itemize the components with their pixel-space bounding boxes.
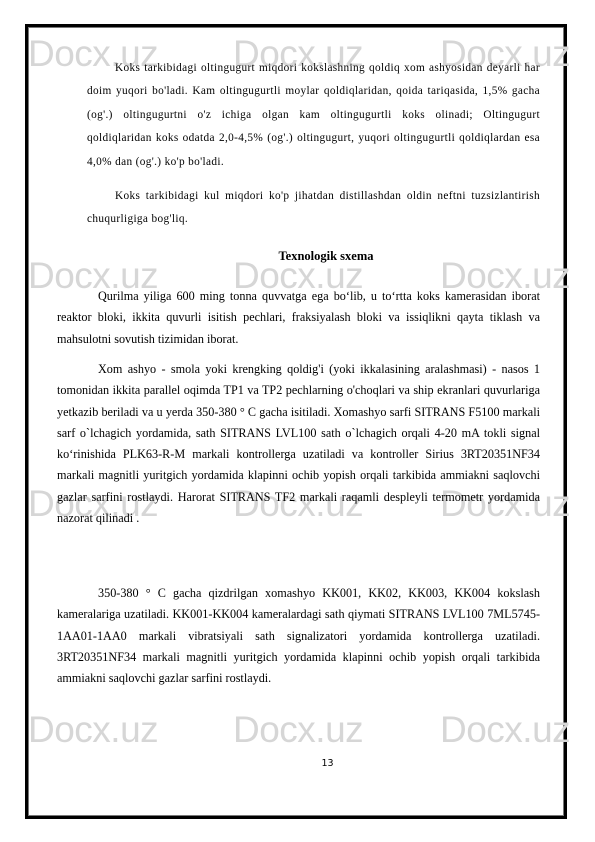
sulfur-content-section: Koks tarkibidagi oltingugurt miqdori kok… [87, 57, 540, 174]
coking-chambers: 350-380 ° C gacha qizdrilgan xomashyo KK… [57, 583, 540, 689]
paragraph-installation: Qurilma yiliga 600 ming tonna quvvatga e… [57, 286, 540, 350]
paragraph-ash-content: Koks tarkibidagi kul miqdori ko'p jihatd… [87, 185, 540, 232]
section-heading: Texnologik sxema [0, 249, 595, 264]
installation-description: Qurilma yiliga 600 ming tonna quvvatga e… [57, 286, 540, 350]
paragraph-coking-chambers: 350-380 ° C gacha qizdrilgan xomashyo KK… [57, 583, 540, 689]
paragraph-raw-material: Xom ashyo - smola yoki krengking qoldig'… [57, 359, 540, 529]
ash-content-section: Koks tarkibidagi kul miqdori ko'p jihatd… [87, 185, 540, 232]
paragraph-sulfur-content: Koks tarkibidagi oltingugurt miqdori kok… [87, 57, 540, 174]
page-number: 13 [0, 758, 595, 769]
raw-material-flow: Xom ashyo - smola yoki krengking qoldig'… [57, 359, 540, 529]
